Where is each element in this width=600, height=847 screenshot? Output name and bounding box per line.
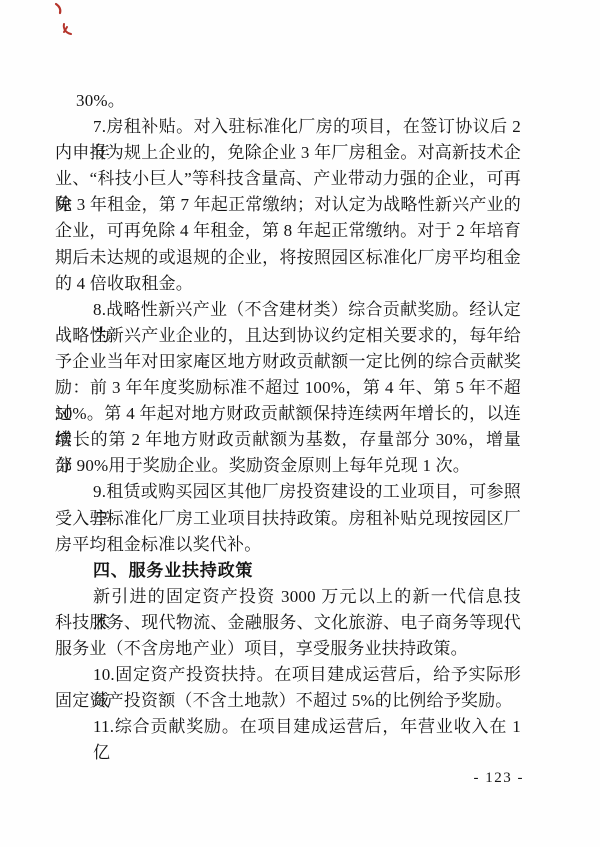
text-line: 期后未达规的或退规的企业，将按照园区标准化厂房平均租金 xyxy=(55,245,521,271)
text-line: 11.综合贡献奖励。在项目建成运营后，年营业收入在 1 亿 xyxy=(55,714,521,740)
page-number: - 123 - xyxy=(474,770,525,787)
red-pen-mark-2 xyxy=(64,24,71,34)
document-body: 30%。7.房租补贴。对入驻标准化厂房的项目，在签订协议后 2 年内申报为规上企… xyxy=(55,88,521,740)
text-line: 服务业（不含房地产业）项目，享受服务业扶持政策。 xyxy=(55,636,521,662)
text-line: 除 3 年租金，第 7 年起正常缴纳；对认定为战略性新兴产业的 xyxy=(55,192,521,218)
text-line: 受入驻标准化厂房工业项目扶持政策。房租补贴兑现按园区厂 xyxy=(55,506,521,532)
text-line: 科技服务、现代物流、金融服务、文化旅游、电子商务等现代 xyxy=(55,610,521,636)
text-line: 业、“科技小巨人”等科技含量高、产业带动力强的企业，可再免 xyxy=(55,166,521,192)
text-line: 企业，可再免除 4 年租金，第 8 年起正常缴纳。对于 2 年培育 xyxy=(55,218,521,244)
text-line: 的 4 倍收取租金。 xyxy=(55,271,521,297)
text-line: 7.房租补贴。对入驻标准化厂房的项目，在签订协议后 2 年 xyxy=(55,114,521,140)
text-line: 新引进的固定资产投资 3000 万元以上的新一代信息技术、 xyxy=(55,584,521,610)
text-line: 10.固定资产投资扶持。在项目建成运营后，给予实际形成 xyxy=(55,662,521,688)
document-page: 30%。7.房租补贴。对入驻标准化厂房的项目，在签订协议后 2 年内申报为规上企… xyxy=(0,0,600,847)
text-line: 内申报为规上企业的，免除企业 3 年厂房租金。对高新技术企 xyxy=(55,140,521,166)
text-line: 8.战略性新兴产业（不含建材类）综合贡献奖励。经认定为 xyxy=(55,297,521,323)
text-line: 予企业当年对田家庵区地方财政贡献额一定比例的综合贡献奖 xyxy=(55,349,521,375)
text-line: 增长的第 2 年地方财政贡献额为基数，存量部分 30%，增量部 xyxy=(55,427,521,453)
text-line: 9.租赁或购买园区其他厂房投资建设的工业项目，可参照享 xyxy=(55,479,521,505)
text-line: 30%。 xyxy=(55,88,521,114)
text-line: 励：前 3 年年度奖励标准不超过 100%，第 4 年、第 5 年不超过 xyxy=(55,375,521,401)
text-line: 固定资产投资额（不含土地款）不超过 5%的比例给予奖励。 xyxy=(55,688,521,714)
text-line: 房平均租金标准以奖代补。 xyxy=(55,532,521,558)
red-pen-mark-1 xyxy=(56,4,60,13)
section-heading: 四、服务业扶持政策 xyxy=(55,558,521,584)
text-line: 分 90%用于奖励企业。奖励资金原则上每年兑现 1 次。 xyxy=(55,453,521,479)
text-line: 50%。第 4 年起对地方财政贡献额保持连续两年增长的，以连续 xyxy=(55,401,521,427)
red-pen-marks-icon xyxy=(50,1,80,41)
text-line: 战略性新兴产业企业的，且达到协议约定相关要求的，每年给 xyxy=(55,323,521,349)
